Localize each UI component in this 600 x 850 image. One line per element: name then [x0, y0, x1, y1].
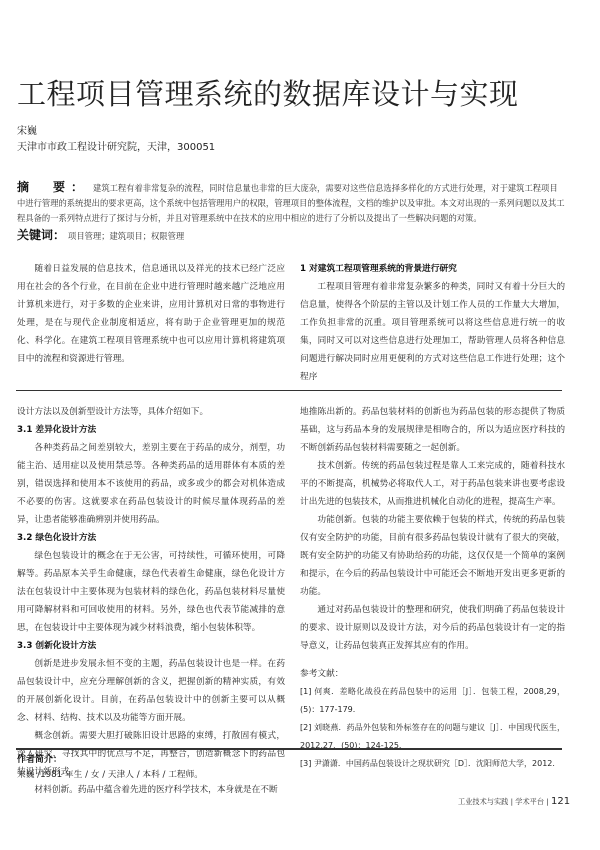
section-3-3-heading: 3.3 创新化设计方法	[17, 637, 285, 655]
page-number: 121	[551, 796, 570, 807]
section-3-2-heading: 3.2 绿色化设计方法	[17, 529, 285, 547]
section-3-3-paragraph: 创新是进步发展永恒不变的主题，药品包装设计也是一样。在药品包装设计中，应充分理解…	[17, 655, 285, 727]
keywords-label: 关键词：	[17, 228, 65, 242]
intro-paragraph: 随着日益发展的信息技术，信息通讯以及祥光的技术已经广泛应用在社会的各个行业，在目…	[17, 260, 285, 368]
lower-left-column: 设计方法以及创新型设计方法等，具体介绍如下。 3.1 差异化设计方法 各种类药品…	[17, 403, 285, 799]
journal-name: 工业技术与实践 | 学术平台 |	[458, 797, 551, 806]
material-innovation-paragraph: 材料创新。药品中蕴含着先进的医疗科学技术，本身就是在不断	[17, 781, 285, 799]
section-1-column: 1 对建筑工程项管理系统的背景进行研究 工程项目管理有着非常复杂繁多的种类，同时…	[300, 260, 565, 386]
lower-right-column: 地推陈出新的。药品包装材料的创新也为药品包装的形态提供了物质基础，这与药品本身的…	[300, 403, 565, 773]
section-3-1-heading: 3.1 差异化设计方法	[17, 421, 285, 439]
conclusion-paragraph: 通过对药品包装设计的整理和研究，使我们明确了药品包装设计的要求、设计原则以及设计…	[300, 601, 565, 655]
references-label: 参考文献：	[300, 665, 565, 683]
reference-item: [3] 尹潇潇．中国药品包装设计之现状研究［D］．沈阳师范大学，2012.	[300, 755, 565, 773]
page-divider-top	[16, 390, 562, 391]
reference-item: [1] 何爽．差略化战役在药品包装中的运用［J］．包装工程，2008,29，(5…	[300, 683, 565, 719]
page-divider-bottom	[16, 748, 562, 750]
article-title: 工程项目管理系统的数据库设计与实现	[17, 72, 519, 113]
intro-column: 随着日益发展的信息技术，信息通讯以及祥光的技术已经广泛应用在社会的各个行业，在目…	[17, 260, 285, 368]
section-1-paragraph: 工程项目管理有着非常复杂繁多的种类，同时又有着十分巨大的信息量，使得各个阶层的主…	[300, 278, 565, 386]
page-footer: 工业技术与实践 | 学术平台 | 121	[458, 796, 570, 807]
keywords: 关键词：项目管理；建筑项目；权限管理	[17, 226, 184, 243]
author-affiliation: 天津市市政工程设计研究院，天津，300051	[17, 138, 215, 153]
author-name: 宋巍	[17, 122, 37, 137]
material-continued-paragraph: 地推陈出新的。药品包装材料的创新也为药品包装的形态提供了物质基础，这与药品本身的…	[300, 403, 565, 457]
abstract-label: 摘 要：	[17, 180, 89, 194]
abstract: 摘 要：建筑工程有着非常复杂的流程，同时信息量也非常的巨大庞杂，需要对这些信息选…	[17, 180, 565, 226]
function-innovation-paragraph: 功能创新。包装的功能主要依赖于包装的样式，传统的药品包装仅有安全防护的功能，目前…	[300, 511, 565, 601]
technology-innovation-paragraph: 技术创新。传统的药品包装过程是靠人工来完成的，随着科技水平的不断提高，机械势必将…	[300, 457, 565, 511]
keywords-text: 项目管理；建筑项目；权限管理	[68, 231, 184, 241]
author-bio-label: 作者简介：	[17, 752, 62, 765]
author-bio: 宋巍 /1981 年生 / 女 / 天津人 / 本科 / 工程师。	[17, 768, 203, 780]
section-3-2-paragraph: 绿色包装设计的概念在于无公害，可持续性，可循环使用，可降解等。药品原本关乎生命健…	[17, 547, 285, 637]
section-1-heading: 1 对建筑工程项管理系统的背景进行研究	[300, 260, 565, 278]
reference-item: [2] 刘晓燕．药品外包装和外标签存在的问题与建议［J］．中国现代医生，2012…	[300, 719, 565, 755]
lead-paragraph: 设计方法以及创新型设计方法等，具体介绍如下。	[17, 403, 285, 421]
references-list: [1] 何爽．差略化战役在药品包装中的运用［J］．包装工程，2008,29，(5…	[300, 683, 565, 773]
section-3-1-paragraph: 各种类药品之间差别较大，差别主要在于药品的成分，剂型，功能主治、适用症以及使用禁…	[17, 439, 285, 529]
abstract-text: 建筑工程有着非常复杂的流程，同时信息量也非常的巨大庞杂，需要对这些信息选择多样化…	[17, 183, 565, 223]
